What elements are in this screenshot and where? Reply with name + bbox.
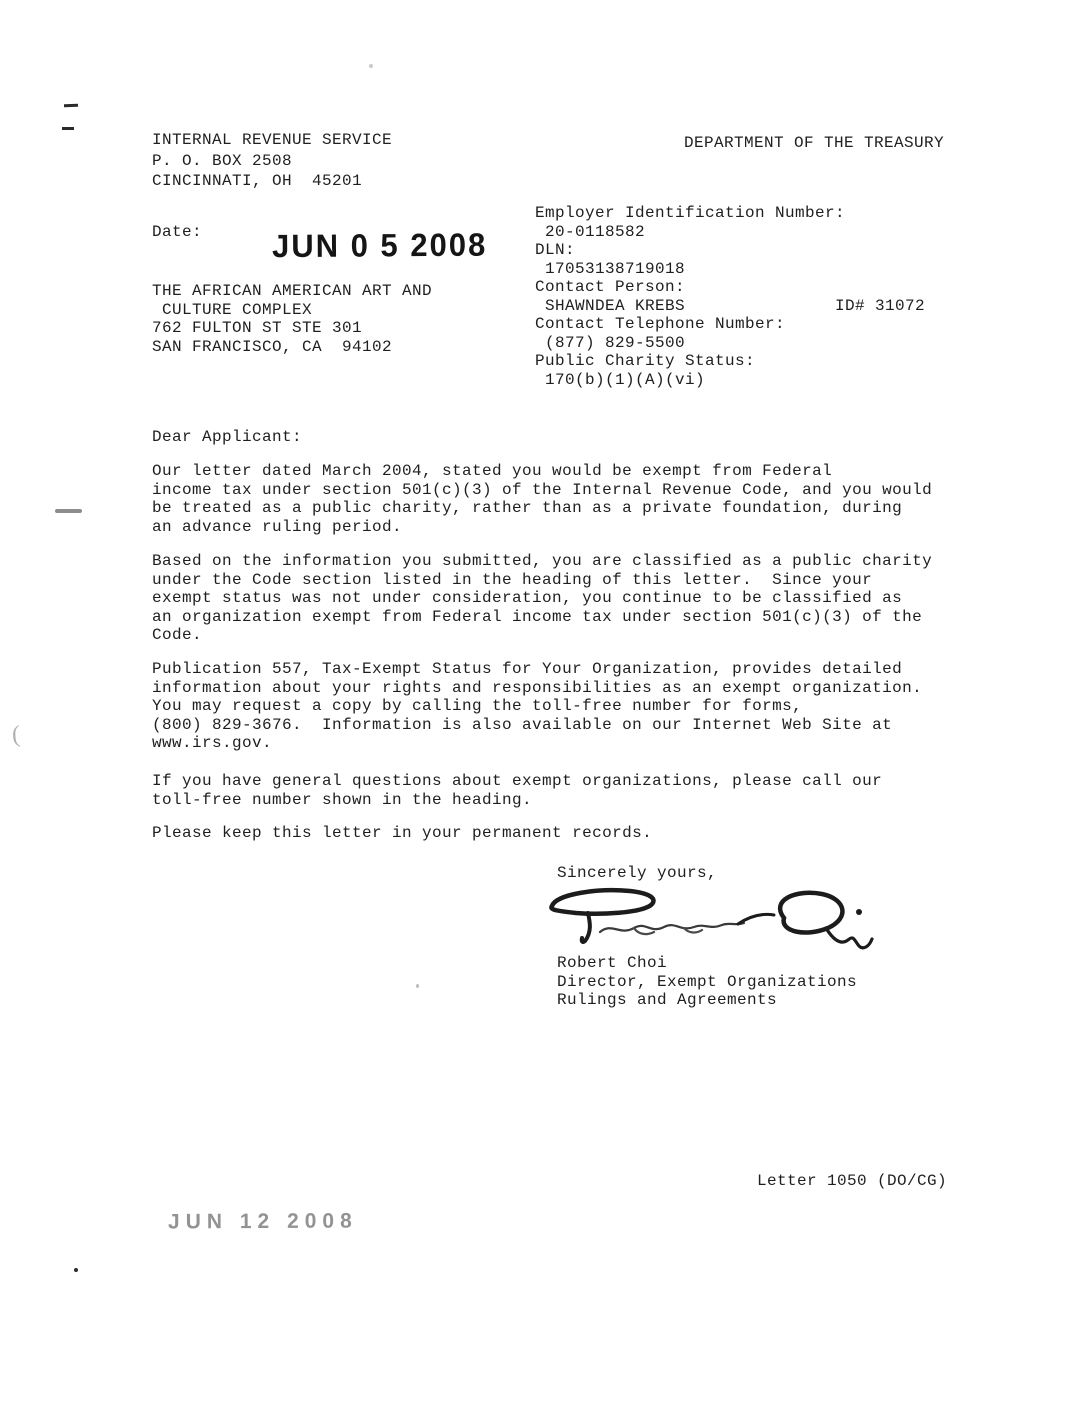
body-paragraph: If you have general questions about exem… — [152, 772, 882, 809]
scan-artifact-speck — [369, 64, 373, 68]
signer-block: Robert Choi Director, Exempt Organizatio… — [557, 954, 857, 1010]
body-paragraph: Based on the information you submitted, … — [152, 552, 932, 645]
scan-artifact-paren: ( — [11, 722, 21, 749]
letter-number: Letter 1050 (DO/CG) — [757, 1172, 947, 1191]
received-date-stamp: JUN 12 2008 — [168, 1210, 358, 1235]
date-label: Date: — [152, 223, 202, 242]
recipient-address-block: THE AFRICAN AMERICAN ART AND CULTURE COM… — [152, 282, 432, 356]
scan-artifact-speck — [416, 984, 419, 988]
body-paragraph: Our letter dated March 2004, stated you … — [152, 462, 932, 536]
department-title: DEPARTMENT OF THE TREASURY — [684, 134, 944, 153]
salutation: Dear Applicant: — [152, 428, 302, 447]
scan-artifact-dash — [62, 127, 74, 130]
body-paragraph: Publication 557, Tax-Exempt Status for Y… — [152, 660, 922, 753]
signature-image — [538, 886, 878, 960]
scan-artifact-dash — [55, 509, 82, 513]
scanned-letter-page: ( INTERNAL REVENUE SERVICE P. O. BOX 250… — [0, 0, 1088, 1408]
scan-artifact-dot — [74, 1268, 78, 1272]
valediction: Sincerely yours, — [557, 864, 717, 883]
scan-artifact-dash — [64, 104, 78, 107]
body-paragraph: Please keep this letter in your permanen… — [152, 824, 652, 843]
date-received-stamp: JUN 0 5 2008 — [272, 227, 488, 266]
sender-address-block: INTERNAL REVENUE SERVICE P. O. BOX 2508 … — [152, 130, 392, 192]
reference-info-block: Employer Identification Number: 20-01185… — [535, 204, 925, 389]
